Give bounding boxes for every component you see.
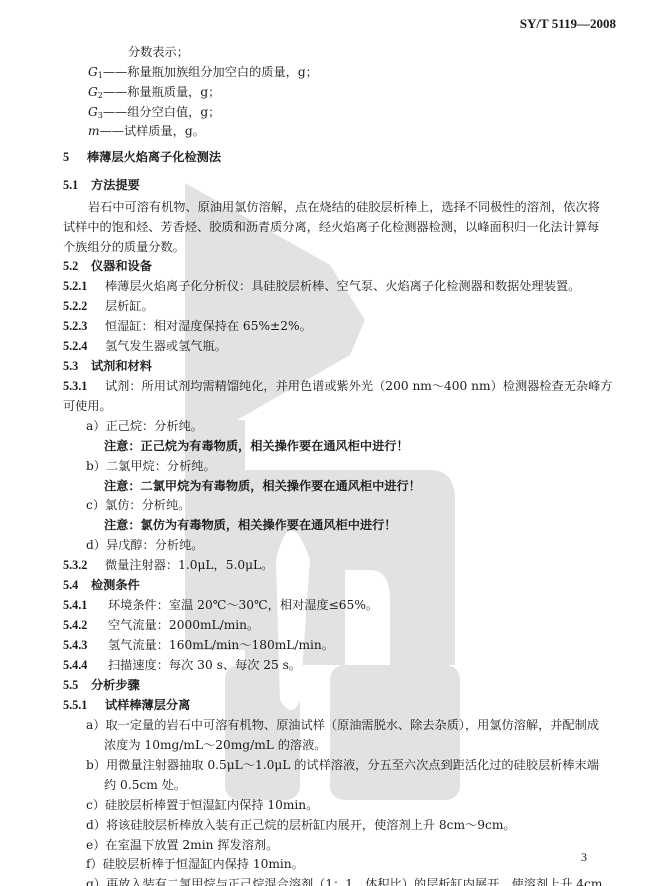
item-5-4-1: 5.4.1环境条件：室温 20℃～30℃，相对湿度≤65%。 (63, 597, 378, 613)
item-5-2-2: 5.2.2层析缸。 (63, 298, 154, 314)
reagent-a: a）正己烷：分析纯。 (86, 418, 203, 434)
item-5-3-1: 5.3.1试剂：所用试剂均需精馏纯化，并用色谱或紫外光（200 nm～400 n… (63, 378, 612, 394)
var-g3: G3——组分空白值，g； (88, 104, 220, 124)
reagent-c: c）氯仿：分析纯。 (86, 497, 190, 513)
document-page: SY/T 5119—2008 分数表示； G1——称量瓶加族组分加空白的质量，g… (0, 0, 653, 886)
step-b: b）用微量注射器抽取 0.5μL～1.0μL 的试样溶液，分五至六次点到距活化过… (86, 757, 599, 773)
var-g2: G2——称量瓶质量，g； (88, 84, 220, 104)
section-5-2-heading: 5.2仪器和设备 (63, 258, 152, 274)
step-a: a）取一定量的岩石中可溶有机物、原油试样（原油需脱水、除去杂质），用氯仿溶解，并… (86, 717, 599, 733)
section-5-5-heading: 5.5分析步骤 (63, 677, 140, 693)
section-5-1-para-line: 试样中的饱和烃、芳香烃、胶质和沥青质分离，经火焰离子化检测器检测，以峰面积归一化… (63, 219, 599, 235)
item-5-2-3: 5.2.3恒湿缸：相对湿度保持在 65%±2%。 (63, 318, 312, 334)
step-c: c）硅胶层析棒置于恒湿缸内保持 10min。 (86, 797, 318, 813)
reagent-a-note: 注意：正己烷为有毒物质，相关操作要在通风柜中进行！ (104, 438, 409, 454)
item-5-4-3: 5.4.3氢气流量：160mL/min～180mL/min。 (63, 637, 334, 653)
var-m: m——试样质量，g。 (88, 123, 205, 139)
step-g: g）再放入装有二氯甲烷与正己烷混合溶剂（1：1，体积比）的层析缸内展开，使溶剂上… (86, 876, 602, 886)
section-5-1-heading: 5.1方法提要 (63, 177, 140, 193)
item-5-3-2: 5.3.2微量注射器：1.0μL，5.0μL。 (63, 557, 273, 573)
reagent-d: d）异戊醇：分析纯。 (86, 537, 204, 553)
step-a-cont: 浓度为 10mg/mL～20mg/mL 的溶液。 (104, 737, 327, 753)
step-b-cont: 约 0.5cm 处。 (104, 777, 186, 793)
reagent-b: b）二氯甲烷：分析纯。 (86, 458, 216, 474)
step-d: d）将该硅胶层析棒放入装有正己烷的层析缸内展开，使溶剂上升 8cm～9cm。 (86, 817, 516, 833)
section-5-3-heading: 5.3试剂和材料 (63, 358, 152, 374)
section-5-1-para-line: 个族组分的质量分数。 (63, 239, 185, 255)
section-5-heading: 5棒薄层火焰离子化检测法 (63, 149, 221, 165)
step-e: e）在室温下放置 2min 挥发溶剂。 (86, 837, 278, 853)
section-5-1-para-line: 岩石中可溶有机物、原油用氯仿溶解，点在烧结的硅胶层析棒上，选择不同极性的溶剂，依… (88, 199, 600, 215)
standard-code: SY/T 5119—2008 (520, 16, 616, 32)
reagent-b-note: 注意：二氯甲烷为有毒物质，相关操作要在通风柜中进行！ (104, 478, 421, 494)
section-5-5-1-heading: 5.5.1试样棒薄层分离 (63, 697, 190, 713)
item-5-4-2: 5.4.2空气流量：2000mL/min。 (63, 617, 259, 633)
item-5-2-4: 5.2.4氢气发生器或氢气瓶。 (63, 338, 227, 354)
item-5-4-4: 5.4.4扫描速度：每次 30 s、每次 25 s。 (63, 657, 301, 673)
reagent-c-note: 注意：氯仿为有毒物质，相关操作要在通风柜中进行！ (104, 517, 397, 533)
section-5-4-heading: 5.4检测条件 (63, 577, 140, 593)
var-g1: G1——称量瓶加族组分加空白的质量，g； (88, 64, 318, 84)
item-5-3-1-cont: 可使用。 (63, 398, 112, 414)
item-5-2-1: 5.2.1棒薄层火焰离子化分析仪：具硅胶层析棒、空气泵、火焰离子化检测器和数据处… (63, 278, 580, 294)
fraction-label: 分数表示； (128, 44, 189, 60)
step-f: f）硅胶层析棒于恒湿缸内保持 10min。 (86, 856, 304, 872)
page-number: 3 (581, 850, 587, 865)
